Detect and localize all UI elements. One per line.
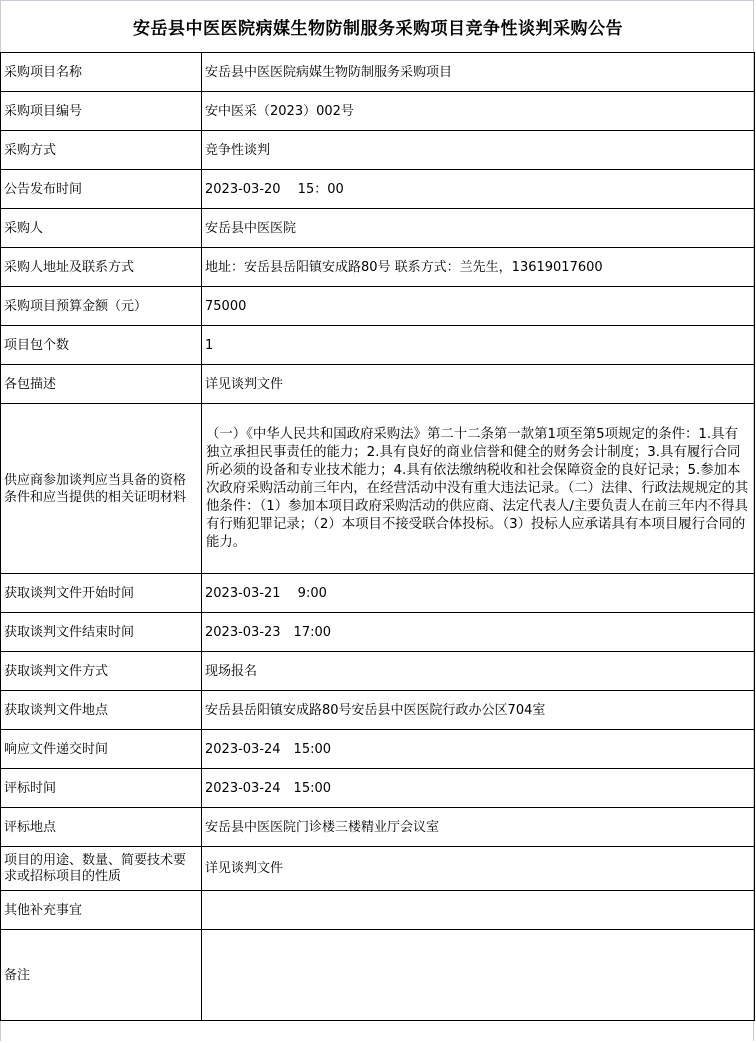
row-value: 详见谈判文件	[202, 847, 755, 891]
row-label: 采购方式	[1, 131, 202, 170]
row-value	[202, 891, 755, 930]
table-row: 项目的用途、数量、简要技术要求或招标项目的性质 详见谈判文件	[1, 847, 755, 891]
row-value: 安中医采（2023）002号	[202, 92, 755, 131]
table-row: 采购项目编号 安中医采（2023）002号	[1, 92, 755, 131]
row-label: 供应商参加谈判应当具备的资格条件和应当提供的相关证明材料	[1, 404, 202, 574]
row-label: 项目包个数	[1, 326, 202, 365]
row-label: 采购项目预算金额（元）	[1, 287, 202, 326]
table-row: 获取谈判文件地点 安岳县岳阳镇安成路80号安岳县中医医院行政办公区704室	[1, 691, 755, 730]
row-value: 2023-03-24 15:00	[202, 769, 755, 808]
row-value: 2023-03-24 15:00	[202, 730, 755, 769]
table-row: 响应文件递交时间 2023-03-24 15:00	[1, 730, 755, 769]
table-row: 公告发布时间 2023-03-20 15：00	[1, 170, 755, 209]
row-value: 安岳县中医医院病媒生物防制服务采购项目	[202, 53, 755, 92]
row-label: 获取谈判文件开始时间	[1, 574, 202, 613]
table-row: 采购项目预算金额（元） 75000	[1, 287, 755, 326]
row-label: 公告发布时间	[1, 170, 202, 209]
row-label: 其他补充事宜	[1, 891, 202, 930]
table-row: 获取谈判文件方式 现场报名	[1, 652, 755, 691]
table-row: 采购人地址及联系方式 地址：安岳县岳阳镇安成路80号 联系方式：兰先生，1361…	[1, 248, 755, 287]
row-value: 地址：安岳县岳阳镇安成路80号 联系方式：兰先生，13619017600	[202, 248, 755, 287]
table-row: 获取谈判文件开始时间 2023-03-21 9:00	[1, 574, 755, 613]
table-row: 评标时间 2023-03-24 15:00	[1, 769, 755, 808]
page-title: 安岳县中医医院病媒生物防制服务采购项目竞争性谈判采购公告	[0, 0, 756, 52]
row-value: （一）《中华人民共和国政府采购法》第二十二条第一款第1项至第5项规定的条件：1.…	[202, 404, 755, 574]
row-label: 采购人	[1, 209, 202, 248]
table-row: 评标地点 安岳县中医医院门诊楼三楼精业厅会议室	[1, 808, 755, 847]
row-value: 竞争性谈判	[202, 131, 755, 170]
row-label: 获取谈判文件地点	[1, 691, 202, 730]
table-row: 采购方式 竞争性谈判	[1, 131, 755, 170]
row-value: 现场报名	[202, 652, 755, 691]
row-value: 安岳县岳阳镇安成路80号安岳县中医医院行政办公区704室	[202, 691, 755, 730]
row-label: 获取谈判文件结束时间	[1, 613, 202, 652]
row-value: 2023-03-23 17:00	[202, 613, 755, 652]
row-value: 2023-03-20 15：00	[202, 170, 755, 209]
row-label: 评标时间	[1, 769, 202, 808]
row-value: 安岳县中医医院门诊楼三楼精业厅会议室	[202, 808, 755, 847]
table-row: 其他补充事宜	[1, 891, 755, 930]
row-value: 2023-03-21 9:00	[202, 574, 755, 613]
row-value: 75000	[202, 287, 755, 326]
row-label: 采购人地址及联系方式	[1, 248, 202, 287]
table-row-remarks: 备注	[1, 930, 755, 1021]
table-row: 各包描述 详见谈判文件	[1, 365, 755, 404]
table-row: 获取谈判文件结束时间 2023-03-23 17:00	[1, 613, 755, 652]
row-label: 评标地点	[1, 808, 202, 847]
row-label: 项目的用途、数量、简要技术要求或招标项目的性质	[1, 847, 202, 891]
row-value: 安岳县中医医院	[202, 209, 755, 248]
row-label: 采购项目编号	[1, 92, 202, 131]
row-label: 采购项目名称	[1, 53, 202, 92]
row-label: 各包描述	[1, 365, 202, 404]
table-row: 项目包个数 1	[1, 326, 755, 365]
row-label: 备注	[1, 930, 202, 1021]
announcement-table: 采购项目名称 安岳县中医医院病媒生物防制服务采购项目 采购项目编号 安中医采（2…	[0, 52, 755, 1021]
row-value	[202, 930, 755, 1021]
row-label: 获取谈判文件方式	[1, 652, 202, 691]
row-value: 1	[202, 326, 755, 365]
table-row: 采购项目名称 安岳县中医医院病媒生物防制服务采购项目	[1, 53, 755, 92]
row-label: 响应文件递交时间	[1, 730, 202, 769]
table-row-qualifications: 供应商参加谈判应当具备的资格条件和应当提供的相关证明材料 （一）《中华人民共和国…	[1, 404, 755, 574]
table-row: 采购人 安岳县中医医院	[1, 209, 755, 248]
row-value: 详见谈判文件	[202, 365, 755, 404]
